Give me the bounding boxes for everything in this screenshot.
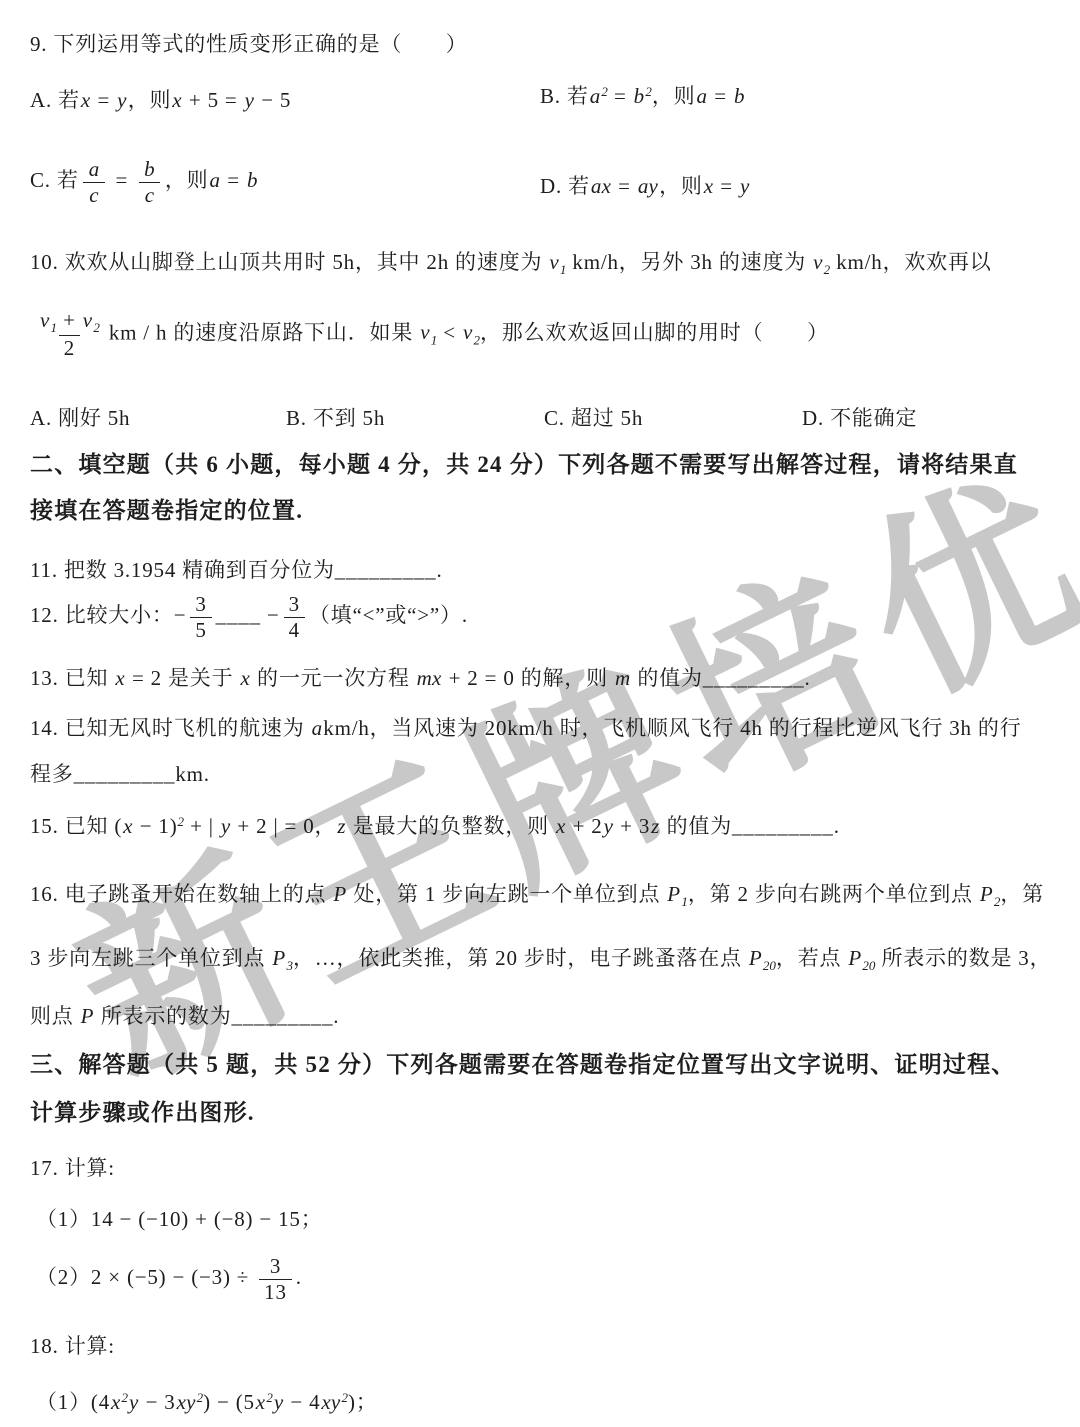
- question-10-option-a: A. 刚好 5h: [30, 402, 130, 432]
- exam-paper-page: 9. 下列运用等式的性质变形正确的是（ ） A. 若x = y，则x + 5 =…: [0, 0, 1080, 1427]
- question-14-stem-line-1: 14. 已知无风时飞机的航速为 akm/h，当风速为 20km/h 时，飞机顺风…: [30, 712, 1022, 742]
- question-9-option-c: C. 若ac = bc，则a = b: [30, 157, 259, 208]
- question-17-stem: 17. 计算:: [30, 1152, 115, 1182]
- question-10-option-b: B. 不到 5h: [286, 402, 385, 432]
- question-9-option-b: B. 若a2 = b2，则a = b: [540, 80, 746, 110]
- fraction: v1 + v22: [34, 308, 105, 361]
- question-16-stem-line-2: 3 步向左跳三个单位到点 P3，…，依此类推，第 20 步时，电子跳蚤落在点 P…: [30, 942, 1051, 974]
- question-16-stem-line-3: 则点 P 所表示的数为_________.: [30, 1000, 339, 1030]
- question-10-stem-line-1: 10. 欢欢从山脚登上山顶共用时 5h，其中 2h 的速度为 v1 km/h，另…: [30, 246, 992, 278]
- fraction: 35: [190, 592, 211, 643]
- fraction: 313: [259, 1254, 292, 1305]
- question-18-stem: 18. 计算:: [30, 1330, 115, 1360]
- question-16-stem-line-1: 16. 电子跳蚤开始在数轴上的点 P 处，第 1 步向左跳一个单位到点 P1，第…: [30, 878, 1044, 910]
- section-3-title-line-2: 计算步骤或作出图形.: [30, 1094, 255, 1127]
- question-14-stem-line-2: 程多_________km.: [30, 758, 210, 788]
- question-11-stem: 11. 把数 3.1954 精确到百分位为_________.: [30, 554, 443, 584]
- section-2-title-line-2: 接填在答题卷指定的位置.: [30, 492, 303, 525]
- question-10-option-c: C. 超过 5h: [544, 402, 643, 432]
- question-17-part-1: （1）14 − (−10) + (−8) − 15；: [36, 1203, 323, 1233]
- fraction: 34: [284, 592, 305, 643]
- question-10-option-d: D. 不能确定: [802, 402, 917, 432]
- question-10-stem-line-2: v1 + v22km / h 的速度沿原路下山．如果 v1 < v2，那么欢欢返…: [30, 308, 829, 361]
- section-3-title-line-1: 三、解答题（共 5 题，共 52 分）下列各题需要在答题卷指定位置写出文字说明、…: [30, 1046, 1016, 1079]
- fraction: ac: [83, 157, 106, 208]
- section-2-title-line-1: 二、填空题（共 6 小题，每小题 4 分，共 24 分）下列各题不需要写出解答过…: [30, 446, 1018, 479]
- question-13-stem: 13. 已知 x = 2 是关于 x 的一元一次方程 mx + 2 = 0 的解…: [30, 662, 811, 692]
- question-17-part-2: （2）2 × (−5) − (−3) ÷ 313.: [36, 1254, 302, 1305]
- question-18-part-1: （1）(4x2y − 3xy2) − (5x2y − 4xy2)；: [36, 1386, 378, 1416]
- question-15-stem: 15. 已知 (x − 1)2 + | y + 2 | = 0，z 是最大的负整…: [30, 810, 840, 840]
- question-9-stem: 9. 下列运用等式的性质变形正确的是（ ）: [30, 28, 468, 58]
- question-12-stem: 12. 比较大小：−35____ −34（填“<”或“>”）.: [30, 592, 468, 643]
- question-9-option-a: A. 若x = y，则x + 5 = y − 5: [30, 84, 291, 114]
- question-9-option-d: D. 若ax = ay，则x = y: [540, 170, 751, 200]
- fraction: bc: [138, 157, 161, 208]
